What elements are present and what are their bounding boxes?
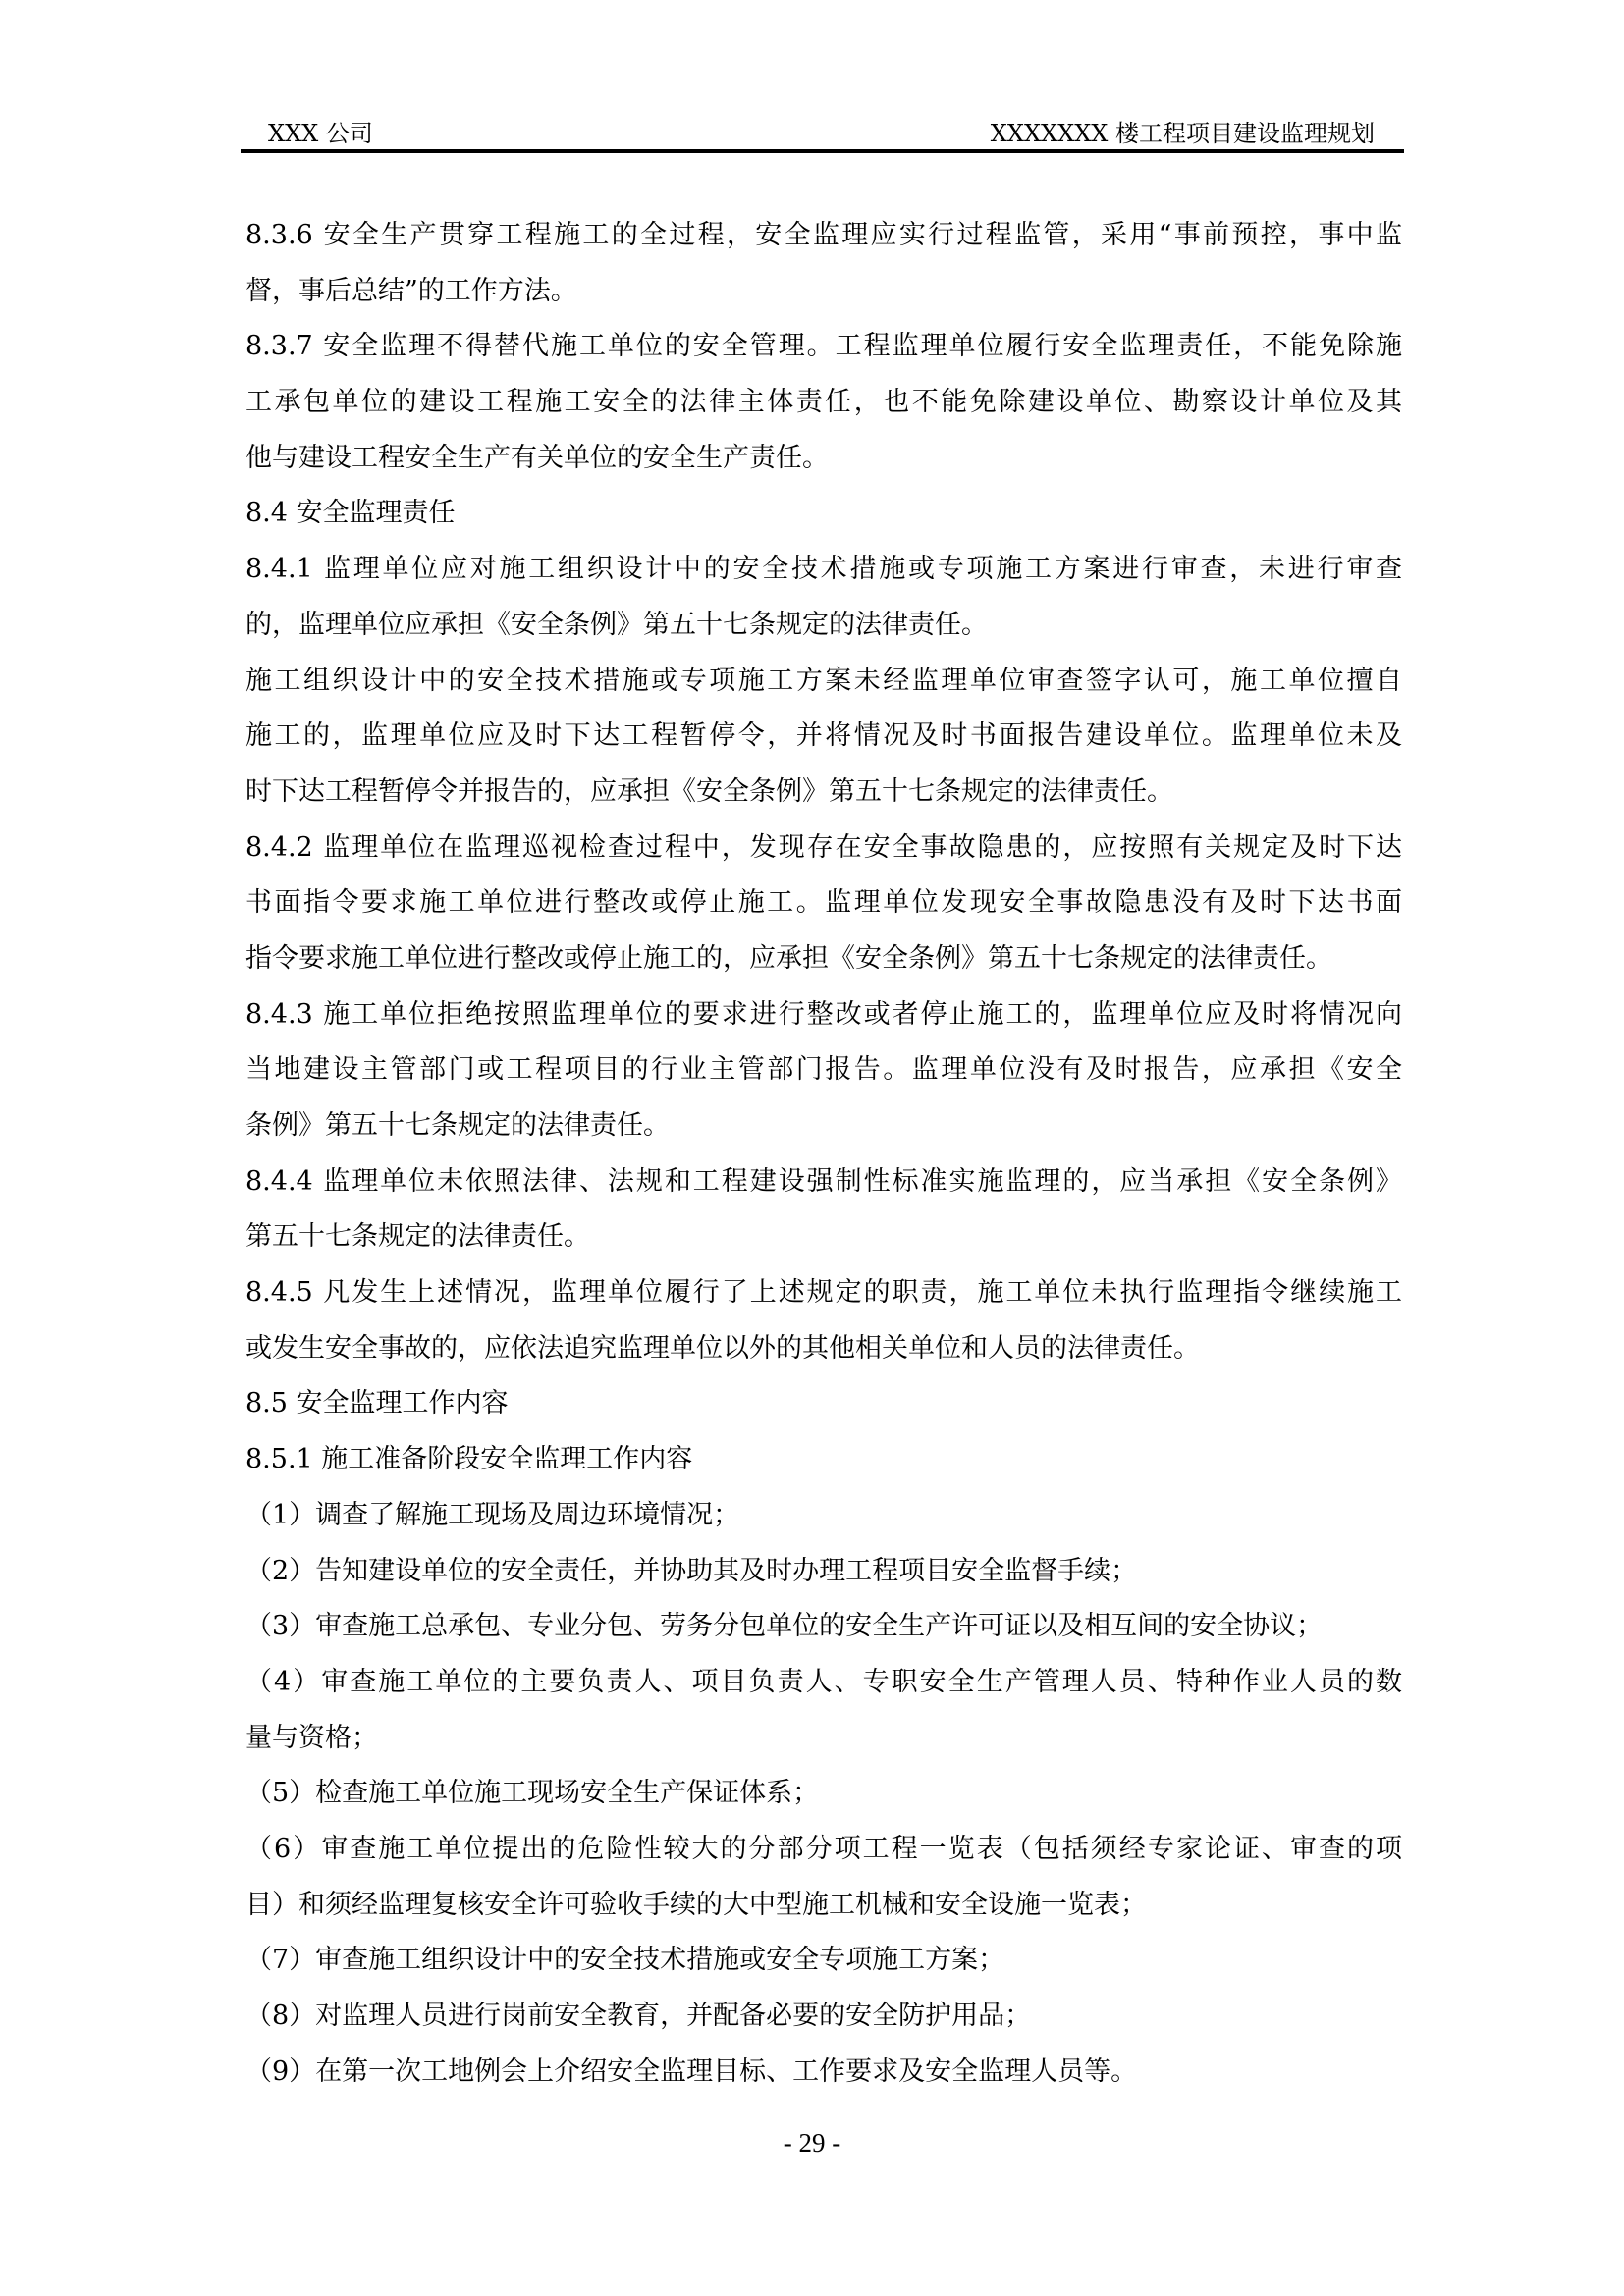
paragraph: 8.4.3 施工单位拒绝按照监理单位的要求进行整改或者停止施工的，监理单位应及时…: [245, 988, 1402, 1154]
text-line: 8.3.7 安全监理不得替代施工单位的安全管理。工程监理单位履行安全监理责任，不…: [245, 319, 1402, 375]
text-line: （7）审查施工组织设计中的安全技术措施或安全专项施工方案；: [245, 1933, 1402, 1989]
page-number: - 29 -: [0, 2128, 1624, 2159]
text-line: 8.4.4 监理单位未依照法律、法规和工程建设强制性标准实施监理的，应当承担《安…: [245, 1154, 1402, 1210]
header-document-title: XXXXXXX 楼工程项目建设监理规划: [991, 114, 1375, 148]
header-rule: [241, 149, 1404, 153]
text-line: 8.4.5 凡发生上述情况，监理单位履行了上述规定的职责，施工单位未执行监理指令…: [245, 1265, 1402, 1321]
text-line: 或发生安全事故的，应依法追究监理单位以外的其他相关单位和人员的法律责任。: [245, 1321, 1402, 1377]
text-line: 条例》第五十七条规定的法律责任。: [245, 1098, 1402, 1154]
text-line: 施工组织设计中的安全技术措施或专项施工方案未经监理单位审查签字认可，施工单位擅自: [245, 654, 1402, 710]
paragraph: （8）对监理人员进行岗前安全教育，并配备必要的安全防护用品；: [245, 1989, 1402, 2045]
paragraph: （3）审查施工总承包、专业分包、劳务分包单位的安全生产许可证以及相互间的安全协议…: [245, 1599, 1402, 1655]
document-body: 8.3.6 安全生产贯穿工程施工的全过程，安全监理应实行过程监管，采用“事前预控…: [245, 208, 1402, 2100]
paragraph: （1）调查了解施工现场及周边环境情况；: [245, 1488, 1402, 1544]
text-line: （2）告知建设单位的安全责任，并协助其及时办理工程项目安全监督手续；: [245, 1544, 1402, 1600]
paragraph: 施工组织设计中的安全技术措施或专项施工方案未经监理单位审查签字认可，施工单位擅自…: [245, 654, 1402, 821]
text-line: 他与建设工程安全生产有关单位的安全生产责任。: [245, 431, 1402, 487]
paragraph: （4）审查施工单位的主要负责人、项目负责人、专职安全生产管理人员、特种作业人员的…: [245, 1655, 1402, 1766]
text-line: 量与资格；: [245, 1711, 1402, 1767]
text-line: 8.5.1 施工准备阶段安全监理工作内容: [245, 1432, 1402, 1488]
paragraph: 8.3.6 安全生产贯穿工程施工的全过程，安全监理应实行过程监管，采用“事前预控…: [245, 208, 1402, 319]
text-line: 书面指令要求施工单位进行整改或停止施工。监理单位发现安全事故隐患没有及时下达书面: [245, 876, 1402, 932]
paragraph: 8.4 安全监理责任: [245, 486, 1402, 542]
page-header: XXX 公司 XXXXXXX 楼工程项目建设监理规划: [241, 110, 1404, 151]
text-line: 8.4.1 监理单位应对施工组织设计中的安全技术措施或专项施工方案进行审查，未进…: [245, 542, 1402, 598]
text-line: 8.4 安全监理责任: [245, 486, 1402, 542]
text-line: （1）调查了解施工现场及周边环境情况；: [245, 1488, 1402, 1544]
paragraph: 8.4.4 监理单位未依照法律、法规和工程建设强制性标准实施监理的，应当承担《安…: [245, 1154, 1402, 1265]
text-line: （4）审查施工单位的主要负责人、项目负责人、专职安全生产管理人员、特种作业人员的…: [245, 1655, 1402, 1711]
text-line: （9）在第一次工地例会上介绍安全监理目标、工作要求及安全监理人员等。: [245, 2045, 1402, 2101]
paragraph: 8.3.7 安全监理不得替代施工单位的安全管理。工程监理单位履行安全监理责任，不…: [245, 319, 1402, 486]
text-line: 指令要求施工单位进行整改或停止施工的，应承担《安全条例》第五十七条规定的法律责任…: [245, 932, 1402, 988]
text-line: 时下达工程暂停令并报告的，应承担《安全条例》第五十七条规定的法律责任。: [245, 765, 1402, 821]
text-line: 目）和须经监理复核安全许可验收手续的大中型施工机械和安全设施一览表；: [245, 1878, 1402, 1934]
text-line: 施工的，监理单位应及时下达工程暂停令，并将情况及时书面报告建设单位。监理单位未及: [245, 709, 1402, 765]
text-line: 8.4.2 监理单位在监理巡视检查过程中，发现存在安全事故隐患的，应按照有关规定…: [245, 821, 1402, 877]
paragraph: 8.5 安全监理工作内容: [245, 1376, 1402, 1432]
paragraph: （6）审查施工单位提出的危险性较大的分部分项工程一览表（包括须经专家论证、审查的…: [245, 1822, 1402, 1933]
paragraph: 8.4.2 监理单位在监理巡视检查过程中，发现存在安全事故隐患的，应按照有关规定…: [245, 821, 1402, 988]
text-line: 当地建设主管部门或工程项目的行业主管部门报告。监理单位没有及时报告，应承担《安全: [245, 1042, 1402, 1098]
text-line: 8.4.3 施工单位拒绝按照监理单位的要求进行整改或者停止施工的，监理单位应及时…: [245, 988, 1402, 1043]
text-line: 工承包单位的建设工程施工安全的法律主体责任，也不能免除建设单位、勘察设计单位及其: [245, 375, 1402, 431]
paragraph: （7）审查施工组织设计中的安全技术措施或安全专项施工方案；: [245, 1933, 1402, 1989]
text-line: （5）检查施工单位施工现场安全生产保证体系；: [245, 1766, 1402, 1822]
paragraph: 8.5.1 施工准备阶段安全监理工作内容: [245, 1432, 1402, 1488]
text-line: （3）审查施工总承包、专业分包、劳务分包单位的安全生产许可证以及相互间的安全协议…: [245, 1599, 1402, 1655]
text-line: 第五十七条规定的法律责任。: [245, 1209, 1402, 1265]
paragraph: （2）告知建设单位的安全责任，并协助其及时办理工程项目安全监督手续；: [245, 1544, 1402, 1600]
paragraph: （5）检查施工单位施工现场安全生产保证体系；: [245, 1766, 1402, 1822]
paragraph: 8.4.5 凡发生上述情况，监理单位履行了上述规定的职责，施工单位未执行监理指令…: [245, 1265, 1402, 1376]
text-line: 8.5 安全监理工作内容: [245, 1376, 1402, 1432]
text-line: 督，事后总结”的工作方法。: [245, 264, 1402, 320]
paragraph: （9）在第一次工地例会上介绍安全监理目标、工作要求及安全监理人员等。: [245, 2045, 1402, 2101]
text-line: （6）审查施工单位提出的危险性较大的分部分项工程一览表（包括须经专家论证、审查的…: [245, 1822, 1402, 1878]
text-line: 8.3.6 安全生产贯穿工程施工的全过程，安全监理应实行过程监管，采用“事前预控…: [245, 208, 1402, 264]
text-line: （8）对监理人员进行岗前安全教育，并配备必要的安全防护用品；: [245, 1989, 1402, 2045]
text-line: 的，监理单位应承担《安全条例》第五十七条规定的法律责任。: [245, 598, 1402, 654]
paragraph: 8.4.1 监理单位应对施工组织设计中的安全技术措施或专项施工方案进行审查，未进…: [245, 542, 1402, 653]
header-company: XXX 公司: [268, 114, 373, 148]
